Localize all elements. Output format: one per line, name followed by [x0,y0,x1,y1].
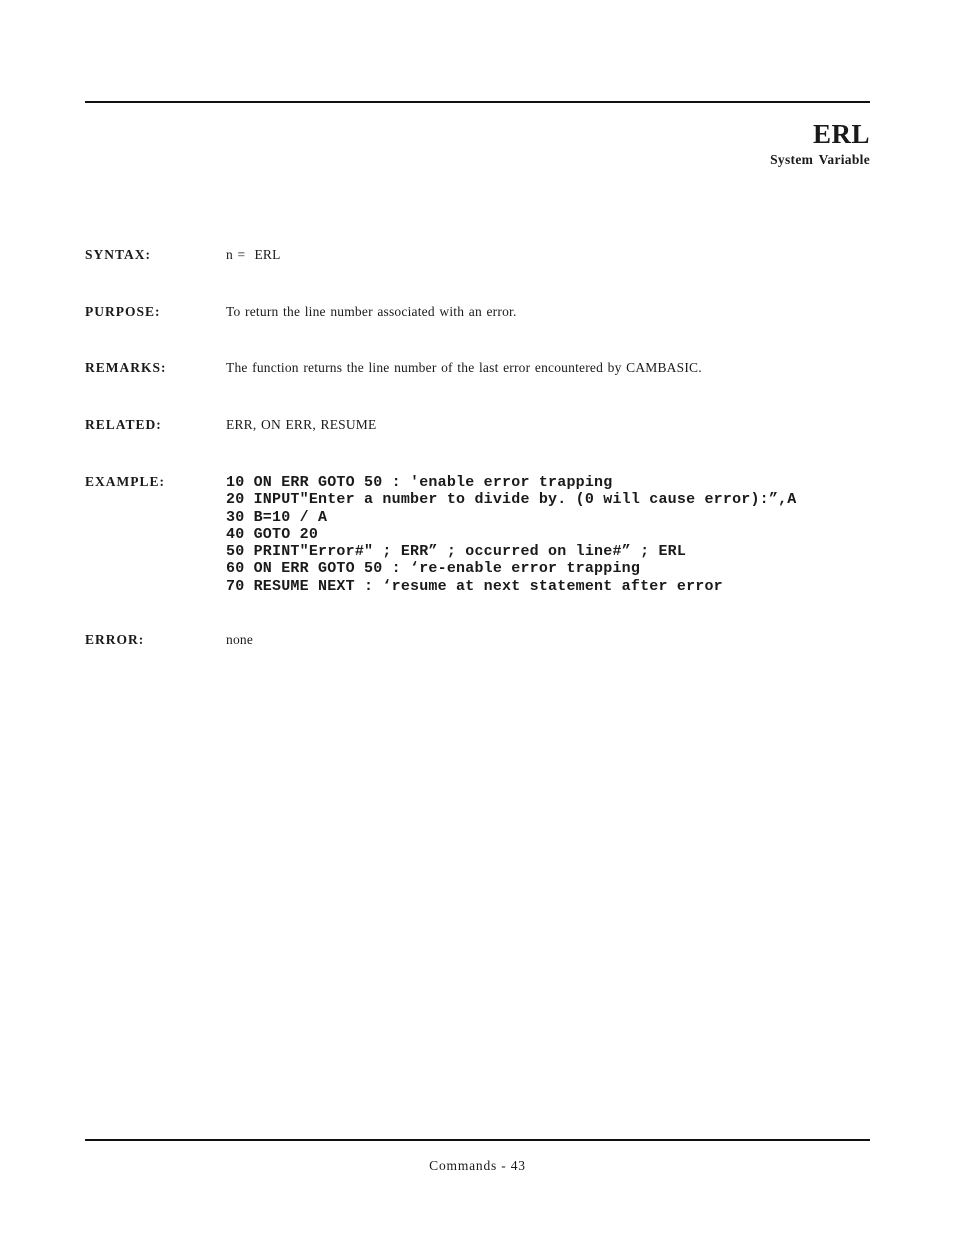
code-line: 40 GOTO 20 [226,526,870,543]
header-rule [85,101,870,103]
footer-rule [85,1139,870,1141]
section-label: RELATED: [85,417,226,433]
page-header: ERL System Variable [770,118,870,168]
example-code-block: 10 ON ERR GOTO 50 : 'enable error trappi… [226,474,870,595]
section-content: n = ERL [226,247,870,263]
code-line: 30 B=10 / A [226,509,870,526]
code-line: 20 INPUT"Enter a number to divide by. (0… [226,491,870,508]
section-label: EXAMPLE: [85,474,226,490]
page-subtitle: System Variable [770,152,870,168]
section-label: PURPOSE: [85,304,226,320]
section-label: ERROR: [85,632,226,648]
section-error: ERROR: none [85,632,870,648]
section-label: SYNTAX: [85,247,226,263]
code-line: 50 PRINT"Error#" ; ERR” ; occurred on li… [226,543,870,560]
section-related: RELATED: ERR, ON ERR, RESUME [85,417,870,433]
code-line: 70 RESUME NEXT : ‘resume at next stateme… [226,578,870,595]
section-purpose: PURPOSE: To return the line number assoc… [85,304,870,320]
section-remarks: REMARKS: The function returns the line n… [85,360,870,376]
document-page: ERL System Variable SYNTAX: n = ERL PURP… [0,0,954,1235]
section-content: ERR, ON ERR, RESUME [226,417,870,433]
footer-page-label: Commands - 43 [85,1158,870,1174]
code-line: 60 ON ERR GOTO 50 : ‘re-enable error tra… [226,560,870,577]
section-example: EXAMPLE: 10 ON ERR GOTO 50 : 'enable err… [85,474,870,595]
section-syntax: SYNTAX: n = ERL [85,247,870,263]
section-content: To return the line number associated wit… [226,304,870,320]
section-content: The function returns the line number of … [226,360,870,376]
code-line: 10 ON ERR GOTO 50 : 'enable error trappi… [226,474,870,491]
section-content: none [226,632,870,648]
page-title: ERL [770,118,870,150]
section-label: REMARKS: [85,360,226,376]
